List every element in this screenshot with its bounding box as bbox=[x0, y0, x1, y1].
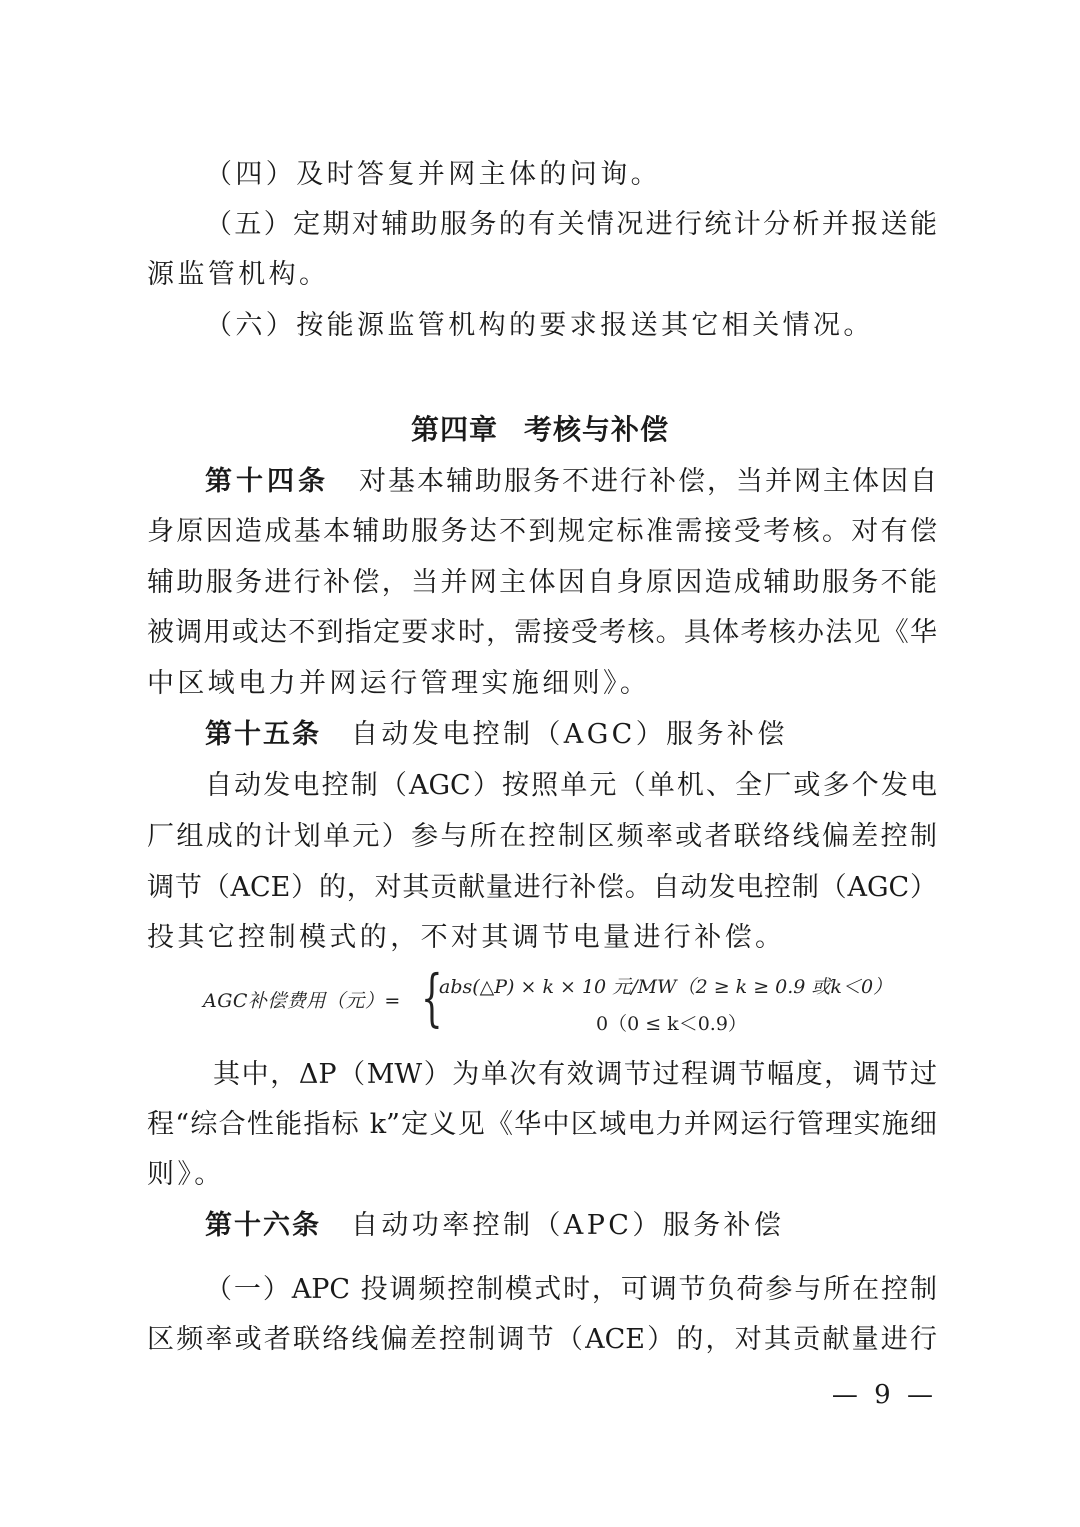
page-number: — 9 — bbox=[832, 1380, 937, 1410]
article-14-line-3: 辅助服务进行补偿，当并网主体因自身原因造成辅助服务不能 bbox=[147, 566, 937, 600]
agc-compensation-formula: AGC补偿费用（元）= { abs(△P) × k × 10 元/MW（2 ≥ … bbox=[203, 966, 923, 1038]
article-16-number: 第十六条 bbox=[205, 1210, 321, 1241]
article-15-number: 第十五条 bbox=[205, 719, 321, 750]
paragraph-item-4: （四）及时答复并网主体的问询。 bbox=[205, 158, 937, 192]
formula-lhs: AGC补偿费用（元）= bbox=[203, 986, 401, 1013]
article-16-line-2: 区频率或者联络线偏差控制调节（ACE）的，对其贡献量进行 bbox=[147, 1323, 937, 1357]
article-16-title: 自动功率控制（APC）服务补偿 bbox=[351, 1210, 784, 1241]
formula-case-1: abs(△P) × k × 10 元/MW（2 ≥ k ≥ 0.9 或k＜0） bbox=[439, 972, 892, 999]
article-15-line-2: 厂组成的计划单元）参与所在控制区频率或者联络线偏差控制 bbox=[147, 820, 937, 854]
article-14-line-2: 身原因造成基本辅助服务达不到规定标准需接受考核。对有偿 bbox=[147, 515, 937, 549]
chapter-title: 第四章考核与补偿 bbox=[0, 413, 1080, 447]
formula-note-line-1: 其中，ΔP（MW）为单次有效调节过程调节幅度，调节过 bbox=[213, 1058, 937, 1092]
article-15-heading: 第十五条自动发电控制（AGC）服务补偿 bbox=[205, 718, 937, 752]
article-15-line-3: 调节（ACE）的，对其贡献量进行补偿。自动发电控制（AGC） bbox=[147, 871, 937, 905]
article-15-line-1: 自动发电控制（AGC）按照单元（单机、全厂或多个发电 bbox=[205, 769, 937, 803]
article-16-line-1: （一）APC 投调频控制模式时，可调节负荷参与所在控制 bbox=[205, 1273, 937, 1307]
paragraph-item-6: （六）按能源监管机构的要求报送其它相关情况。 bbox=[205, 309, 937, 343]
article-14-line-1: 第十四条对基本辅助服务不进行补偿，当并网主体因自 bbox=[205, 465, 937, 499]
paragraph-item-5-line-2: 源监管机构。 bbox=[147, 258, 937, 292]
article-14-number: 第十四条 bbox=[205, 466, 329, 497]
formula-case-2: 0（0 ≤ k＜0.9） bbox=[596, 1009, 747, 1036]
article-16-heading: 第十六条自动功率控制（APC）服务补偿 bbox=[205, 1209, 937, 1243]
chapter-name: 考核与补偿 bbox=[524, 413, 669, 446]
formula-note-line-2: 程“综合性能指标 k”定义见《华中区域电力并网运行管理实施细 bbox=[147, 1108, 937, 1142]
article-15-line-4: 投其它控制模式的，不对其调节电量进行补偿。 bbox=[147, 921, 937, 955]
chapter-number: 第四章 bbox=[411, 413, 498, 446]
article-14-text: 对基本辅助服务不进行补偿，当并网主体因自 bbox=[359, 466, 937, 497]
article-14-line-5: 中区域电力并网运行管理实施细则》。 bbox=[147, 667, 937, 701]
paragraph-item-5-line-1: （五）定期对辅助服务的有关情况进行统计分析并报送能 bbox=[205, 208, 937, 242]
article-14-line-4: 被调用或达不到指定要求时，需接受考核。具体考核办法见《华 bbox=[147, 616, 937, 650]
article-15-title: 自动发电控制（AGC）服务补偿 bbox=[351, 719, 788, 750]
formula-note-line-3: 则》。 bbox=[147, 1158, 937, 1192]
